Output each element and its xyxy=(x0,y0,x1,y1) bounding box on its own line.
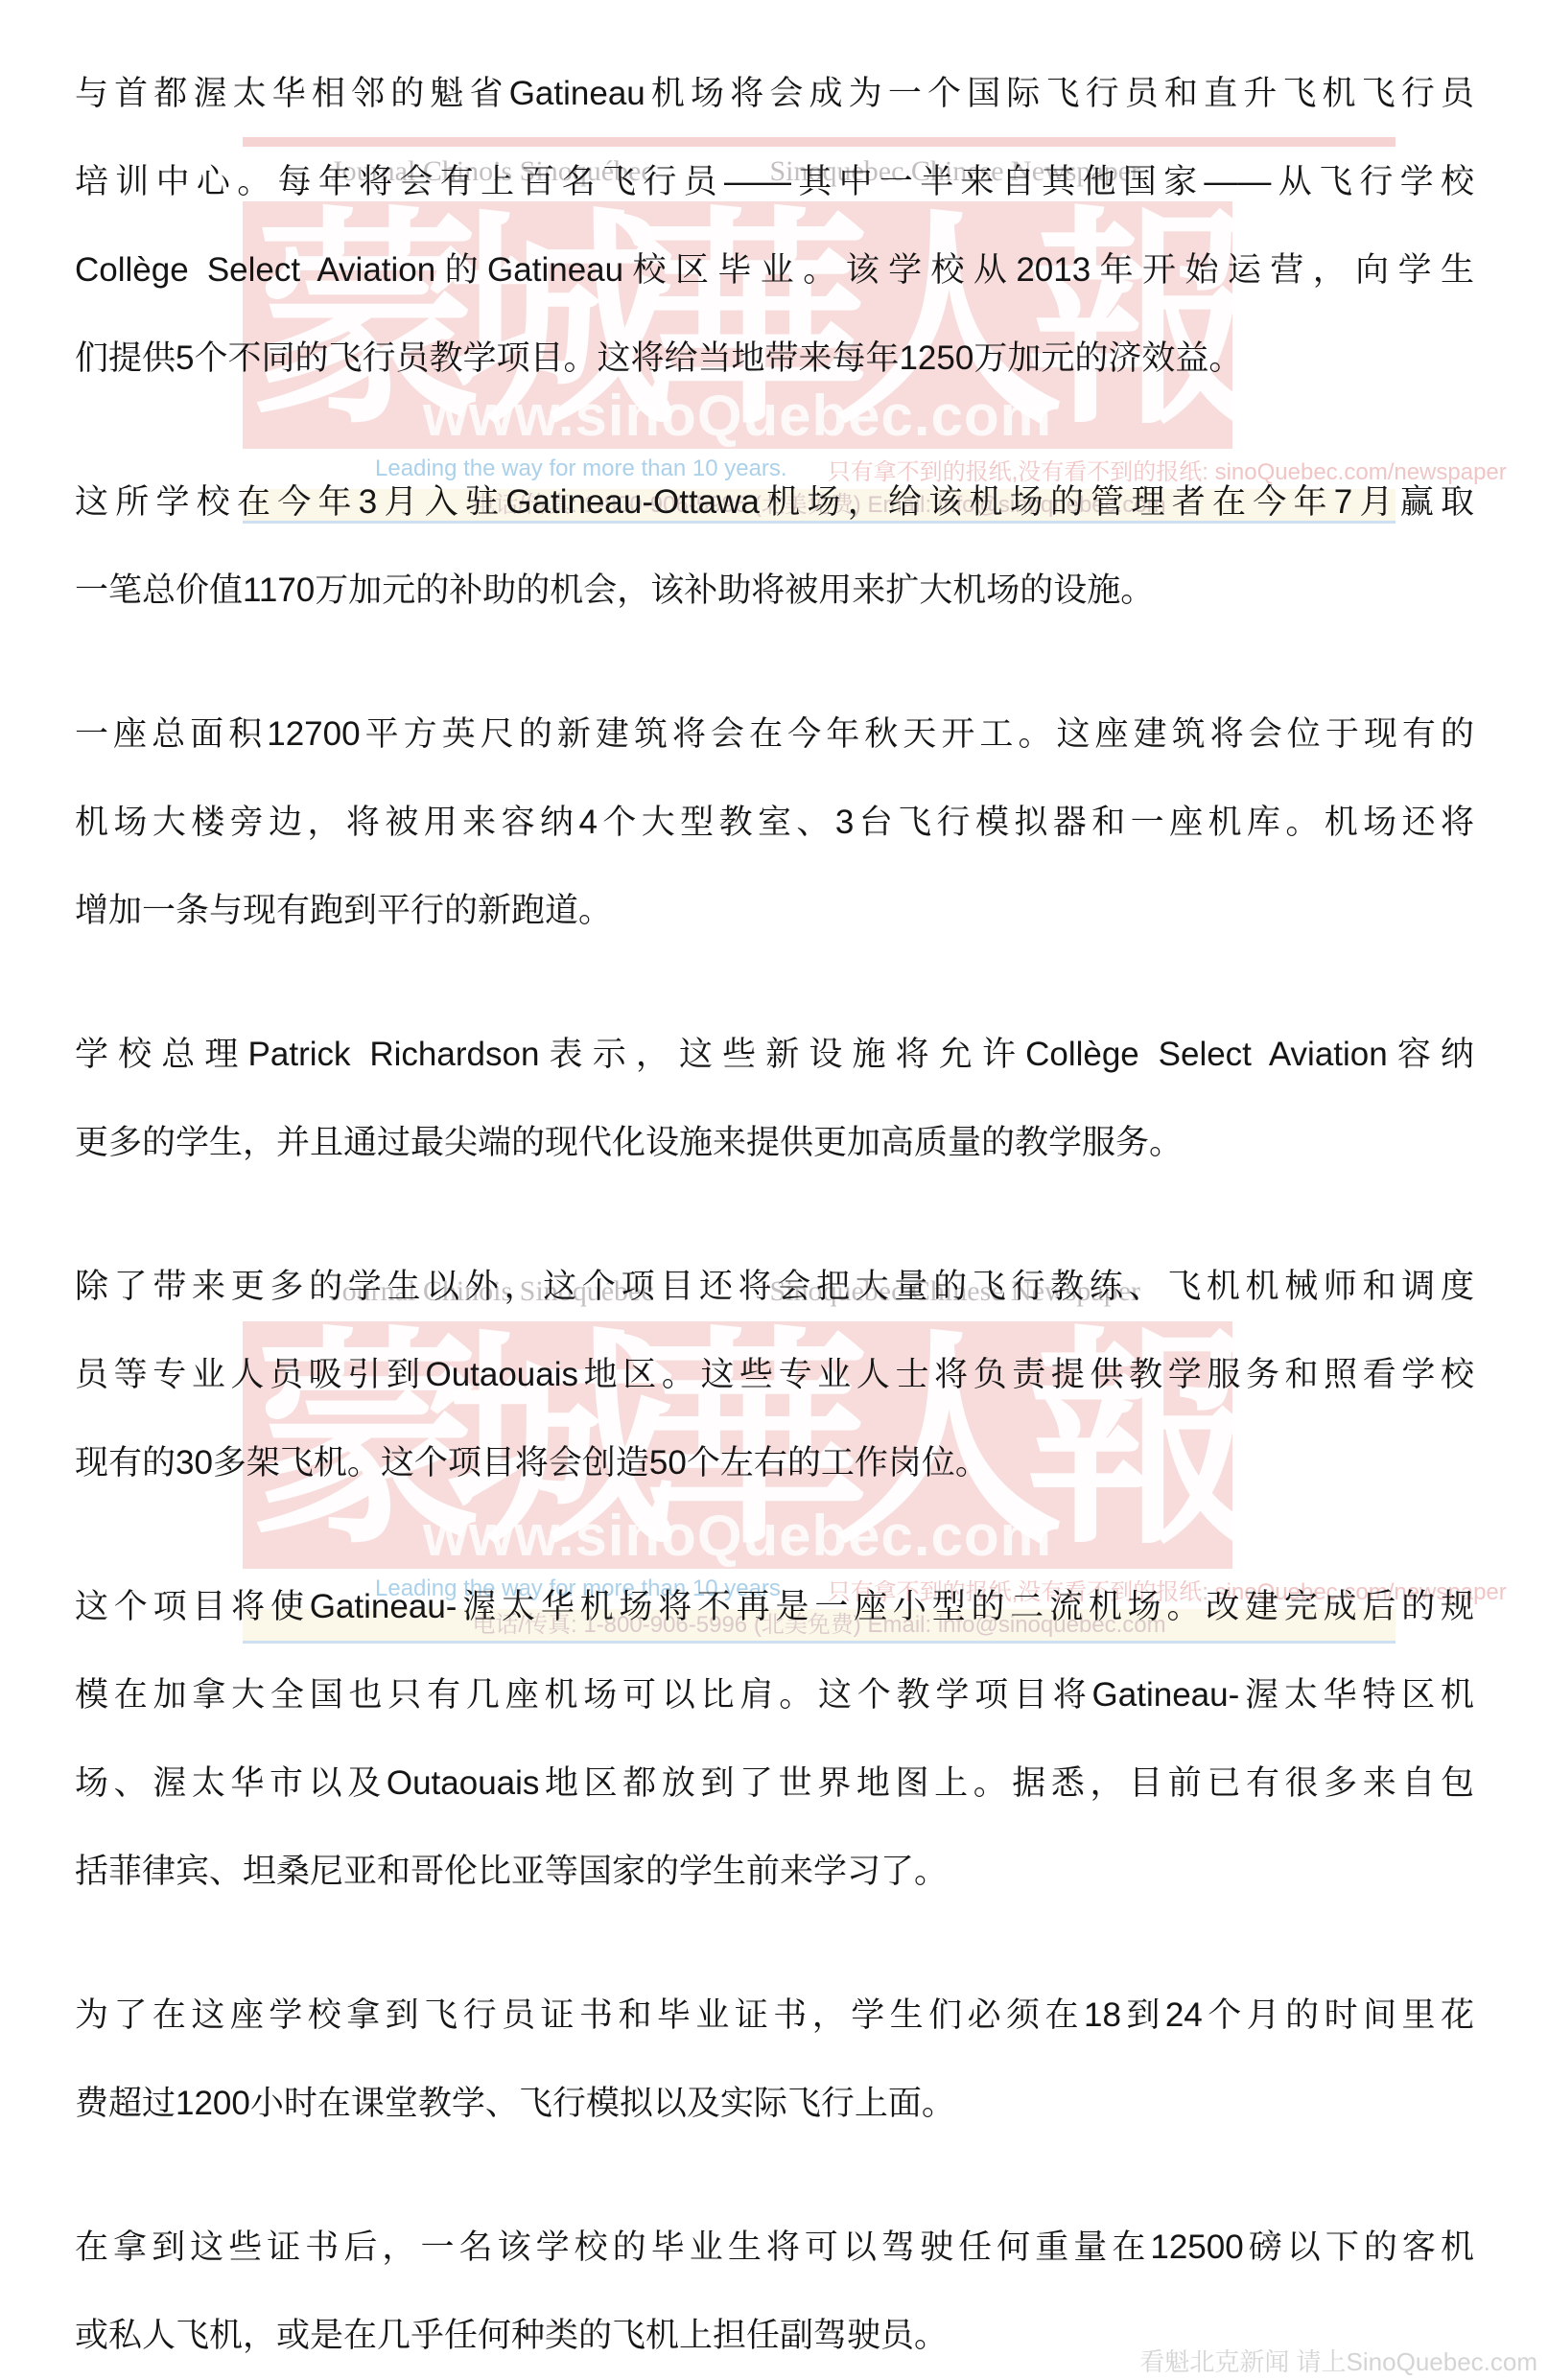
text-line: 在拿到这些证书后，一名该学校的毕业生将可以驾驶任何重量在12500磅以下的客机 xyxy=(75,2204,1474,2292)
text-line: 场、渥太华市以及Outaouais地区都放到了世界地图上。据悉，目前已有很多来自… xyxy=(75,1739,1474,1828)
text-line: 员等专业人员吸引到Outaouais地区。这些专业人士将负责提供教学服务和照看学… xyxy=(75,1331,1474,1419)
paragraph: 与首都渥太华相邻的魁省Gatineau机场将会成为一个国际飞行员和直升飞机飞行员… xyxy=(75,50,1474,403)
text-line: 培训中心。每年将会有上百名飞行员——其中一半来自其他国家——从飞行学校 xyxy=(75,138,1474,226)
paragraph: 为了在这座学校拿到飞行员证书和毕业证书，学生们必须在18到24个月的时间里花费超… xyxy=(75,1972,1474,2148)
text-line: 模在加拿大全国也只有几座机场可以比肩。这个教学项目将Gatineau-渥太华特区… xyxy=(75,1651,1474,1739)
paragraph: 这所学校在今年3月入驻Gatineau-Ottawa机场，给该机场的管理者在今年… xyxy=(75,458,1474,635)
text-line: 一笔总价值1170万加元的补助的机会，该补助将被用来扩大机场的设施。 xyxy=(75,547,1474,635)
paragraph: 学校总理Patrick Richardson表示，这些新设施将允许Collège… xyxy=(75,1011,1474,1187)
page: Journal Chinois Sinoquébec Sinoquebec Ch… xyxy=(0,0,1548,2380)
text-line: 更多的学生，并且通过最尖端的现代化设施来提供更加高质量的教学服务。 xyxy=(75,1099,1474,1187)
text-line: 机场大楼旁边，将被用来容纳4个大型教室、3台飞行模拟器和一座机库。机场还将 xyxy=(75,779,1474,867)
text-line: 们提供5个不同的飞行员教学项目。这将给当地带来每年1250万加元的济效益。 xyxy=(75,315,1474,403)
text-line: 括菲律宾、坦桑尼亚和哥伦比亚等国家的学生前来学习了。 xyxy=(75,1828,1474,1916)
text-line: 费超过1200小时在课堂教学、飞行模拟以及实际飞行上面。 xyxy=(75,2060,1474,2148)
text-line: Collège Select Aviation的Gatineau校区毕业。该学校… xyxy=(75,226,1474,315)
text-line: 除了带来更多的学生以外，这个项目还将会把大量的飞行教练、飞机机械师和调度 xyxy=(75,1243,1474,1331)
text-line: 与首都渥太华相邻的魁省Gatineau机场将会成为一个国际飞行员和直升飞机飞行员 xyxy=(75,50,1474,138)
text-line: 增加一条与现有跑到平行的新跑道。 xyxy=(75,867,1474,955)
footer-note: 看魁北克新闻 请上SinoQuebec.com xyxy=(1139,2343,1537,2378)
article-body: 与首都渥太华相邻的魁省Gatineau机场将会成为一个国际飞行员和直升飞机飞行员… xyxy=(75,50,1474,2380)
text-line: 现有的30多架飞机。这个项目将会创造50个左右的工作岗位。 xyxy=(75,1419,1474,1507)
text-line: 为了在这座学校拿到飞行员证书和毕业证书，学生们必须在18到24个月的时间里花 xyxy=(75,1972,1474,2060)
paragraph: 一座总面积12700平方英尺的新建筑将会在今年秋天开工。这座建筑将会位于现有的机… xyxy=(75,690,1474,955)
paragraph: 这个项目将使Gatineau-渥太华机场将不再是一座小型的二流机场。改建完成后的… xyxy=(75,1563,1474,1916)
text-line: 学校总理Patrick Richardson表示，这些新设施将允许Collège… xyxy=(75,1011,1474,1099)
text-line: 这个项目将使Gatineau-渥太华机场将不再是一座小型的二流机场。改建完成后的… xyxy=(75,1563,1474,1651)
paragraph: 除了带来更多的学生以外，这个项目还将会把大量的飞行教练、飞机机械师和调度员等专业… xyxy=(75,1243,1474,1507)
text-line: 一座总面积12700平方英尺的新建筑将会在今年秋天开工。这座建筑将会位于现有的 xyxy=(75,690,1474,779)
text-line: 这所学校在今年3月入驻Gatineau-Ottawa机场，给该机场的管理者在今年… xyxy=(75,458,1474,547)
